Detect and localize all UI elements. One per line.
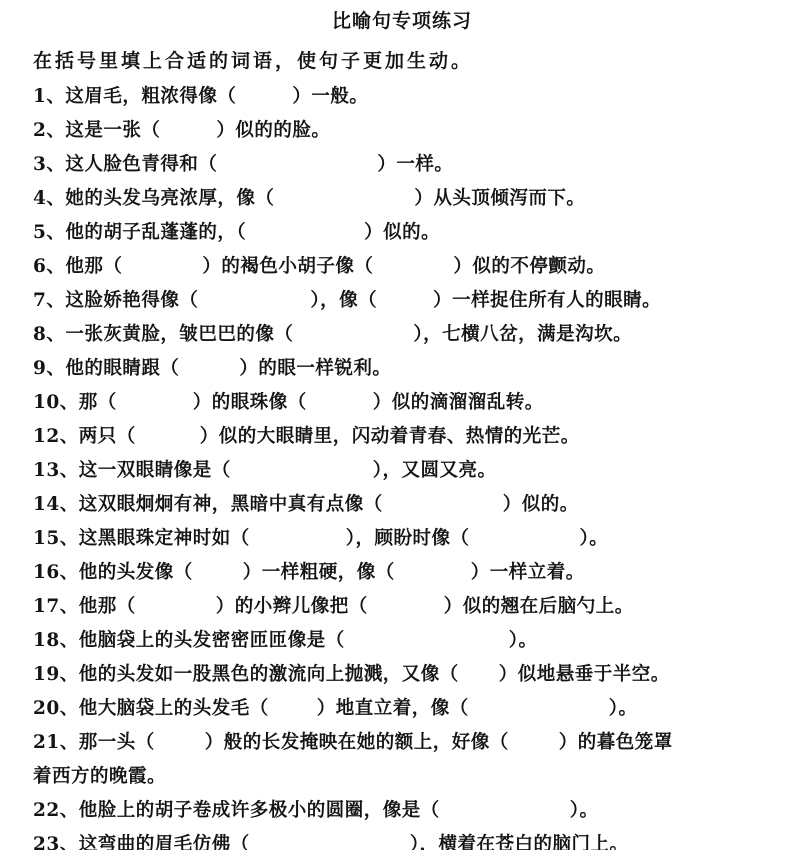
exercise-item: 19、他的头发如一股黑色的激流向上抛溅，又像（）似地悬垂于半空。 <box>33 660 670 686</box>
exercise-item: 6、他那（）的褐色小胡子像（）似的不停颤动。 <box>33 252 605 278</box>
exercise-text: ）似的的脸。 <box>216 116 330 142</box>
exercise-item: 3、这人脸色青得和（）一样。 <box>33 150 453 176</box>
exercise-text: 8、一张灰黄脸，皱巴巴的像（ <box>33 320 293 346</box>
exercise-text: 10、那（ <box>33 388 117 414</box>
exercise-text: ）似地悬垂于半空。 <box>499 660 670 686</box>
exercise-item: 2、这是一张（）似的的脸。 <box>33 116 330 142</box>
exercise-text: 23、这弯曲的眉毛仿佛（ <box>33 830 250 850</box>
worksheet-title: 比喻句专项练习 <box>0 6 804 33</box>
exercise-text: 1、这眉毛，粗浓得像（ <box>33 82 236 108</box>
exercise-item: 着西方的晚霞。 <box>33 762 166 788</box>
exercise-text: ）。 <box>509 626 538 652</box>
exercise-text: 3、这人脸色青得和（ <box>33 150 217 176</box>
exercise-text: ）。 <box>609 694 638 720</box>
exercise-text: ），又圆又亮。 <box>373 456 497 482</box>
exercise-item: 5、他的胡子乱蓬蓬的，（）似的。 <box>33 218 440 244</box>
exercise-item: 18、他脑袋上的头发密密匝匝像是（）。 <box>33 626 538 652</box>
exercise-text: ）似的。 <box>503 490 579 516</box>
exercise-item: 22、他脸上的胡子卷成许多极小的圆圈，像是（）。 <box>33 796 599 822</box>
exercise-text: ）似的大眼睛里，闪动着青春、热情的光芒。 <box>200 422 580 448</box>
exercise-text: ）。 <box>580 524 609 550</box>
exercise-text: ）似的翘在后脑勺上。 <box>444 592 634 618</box>
exercise-item: 4、她的头发乌亮浓厚，像（）从头顶倾泻而下。 <box>33 184 585 210</box>
exercise-text: ）的小辫儿像把（ <box>216 592 368 618</box>
exercise-item: 21、那一头（）般的长发掩映在她的额上，好像（）的暮色笼罩 <box>33 728 673 754</box>
exercise-text: ）一样粗硬，像（ <box>243 558 395 584</box>
exercise-item: 23、这弯曲的眉毛仿佛（），横着在苍白的脑门上。 <box>33 830 629 850</box>
exercise-text: ）般的长发掩映在她的额上，好像（ <box>205 728 509 754</box>
exercise-text: 19、他的头发如一股黑色的激流向上抛溅，又像（ <box>33 660 459 686</box>
exercise-text: 6、他那（ <box>33 252 122 278</box>
exercise-text: 13、这一双眼睛像是（ <box>33 456 231 482</box>
exercise-text: ），像（ <box>310 286 377 312</box>
exercise-text: ）一样。 <box>377 150 453 176</box>
exercise-text: 20、他大脑袋上的头发毛（ <box>33 694 269 720</box>
exercise-text: ），横着在苍白的脑门上。 <box>410 830 629 850</box>
exercise-item: 14、这双眼炯炯有神，黑暗中真有点像（）似的。 <box>33 490 579 516</box>
exercise-text: 4、她的头发乌亮浓厚，像（ <box>33 184 274 210</box>
exercise-text: 16、他的头发像（ <box>33 558 193 584</box>
exercise-text: ）一样立着。 <box>471 558 585 584</box>
exercise-item: 15、这黑眼珠定神时如（），顾盼时像（）。 <box>33 524 608 550</box>
exercise-text: ）的眼珠像（ <box>193 388 307 414</box>
exercise-text: ）从头顶倾泻而下。 <box>414 184 585 210</box>
exercise-text: ）地直立着，像（ <box>317 694 469 720</box>
exercise-text: ）一般。 <box>292 82 368 108</box>
exercise-text: 12、两只（ <box>33 422 136 448</box>
exercise-text: 22、他脸上的胡子卷成许多极小的圆圈，像是（ <box>33 796 440 822</box>
exercise-text: 着西方的晚霞。 <box>33 762 166 788</box>
instruction-text: 在括号里填上合适的词语，使句子更加生动。 <box>33 46 473 73</box>
exercise-text: ）似的不停颤动。 <box>453 252 605 278</box>
exercise-text: ）的眼一样锐利。 <box>239 354 391 380</box>
exercise-text: 18、他脑袋上的头发密密匝匝像是（ <box>33 626 345 652</box>
exercise-item: 7、这脸娇艳得像（），像（）一样捉住所有人的眼睛。 <box>33 286 661 312</box>
exercise-text: ）一样捉住所有人的眼睛。 <box>433 286 661 312</box>
exercise-text: ）。 <box>570 796 599 822</box>
exercise-text: 15、这黑眼珠定神时如（ <box>33 524 250 550</box>
exercise-text: 21、那一头（ <box>33 728 155 754</box>
exercise-text: 14、这双眼炯炯有神，黑暗中真有点像（ <box>33 490 383 516</box>
exercise-text: 7、这脸娇艳得像（ <box>33 286 198 312</box>
exercise-text: ）似的滴溜溜乱转。 <box>373 388 544 414</box>
exercise-text: ），七横八岔，满是沟坎。 <box>413 320 632 346</box>
exercise-text: 9、他的眼睛跟（ <box>33 354 179 380</box>
exercise-text: ）似的。 <box>364 218 440 244</box>
exercise-text: ），顾盼时像（ <box>346 524 470 550</box>
exercise-text: 2、这是一张（ <box>33 116 160 142</box>
exercise-text: ）的褐色小胡子像（ <box>202 252 373 278</box>
exercise-item: 13、这一双眼睛像是（），又圆又亮。 <box>33 456 497 482</box>
exercise-text: 17、他那（ <box>33 592 136 618</box>
exercise-item: 1、这眉毛，粗浓得像（）一般。 <box>33 82 368 108</box>
exercise-text: ）的暮色笼罩 <box>559 728 673 754</box>
exercise-item: 12、两只（）似的大眼睛里，闪动着青春、热情的光芒。 <box>33 422 580 448</box>
exercise-text: 5、他的胡子乱蓬蓬的，（ <box>33 218 246 244</box>
exercise-item: 16、他的头发像（）一样粗硬，像（）一样立着。 <box>33 558 585 584</box>
exercise-item: 8、一张灰黄脸，皱巴巴的像（），七横八岔，满是沟坎。 <box>33 320 632 346</box>
exercise-item: 20、他大脑袋上的头发毛（）地直立着，像（）。 <box>33 694 638 720</box>
exercise-item: 10、那（）的眼珠像（）似的滴溜溜乱转。 <box>33 388 544 414</box>
exercise-item: 17、他那（）的小辫儿像把（）似的翘在后脑勺上。 <box>33 592 634 618</box>
exercise-item: 9、他的眼睛跟（）的眼一样锐利。 <box>33 354 391 380</box>
